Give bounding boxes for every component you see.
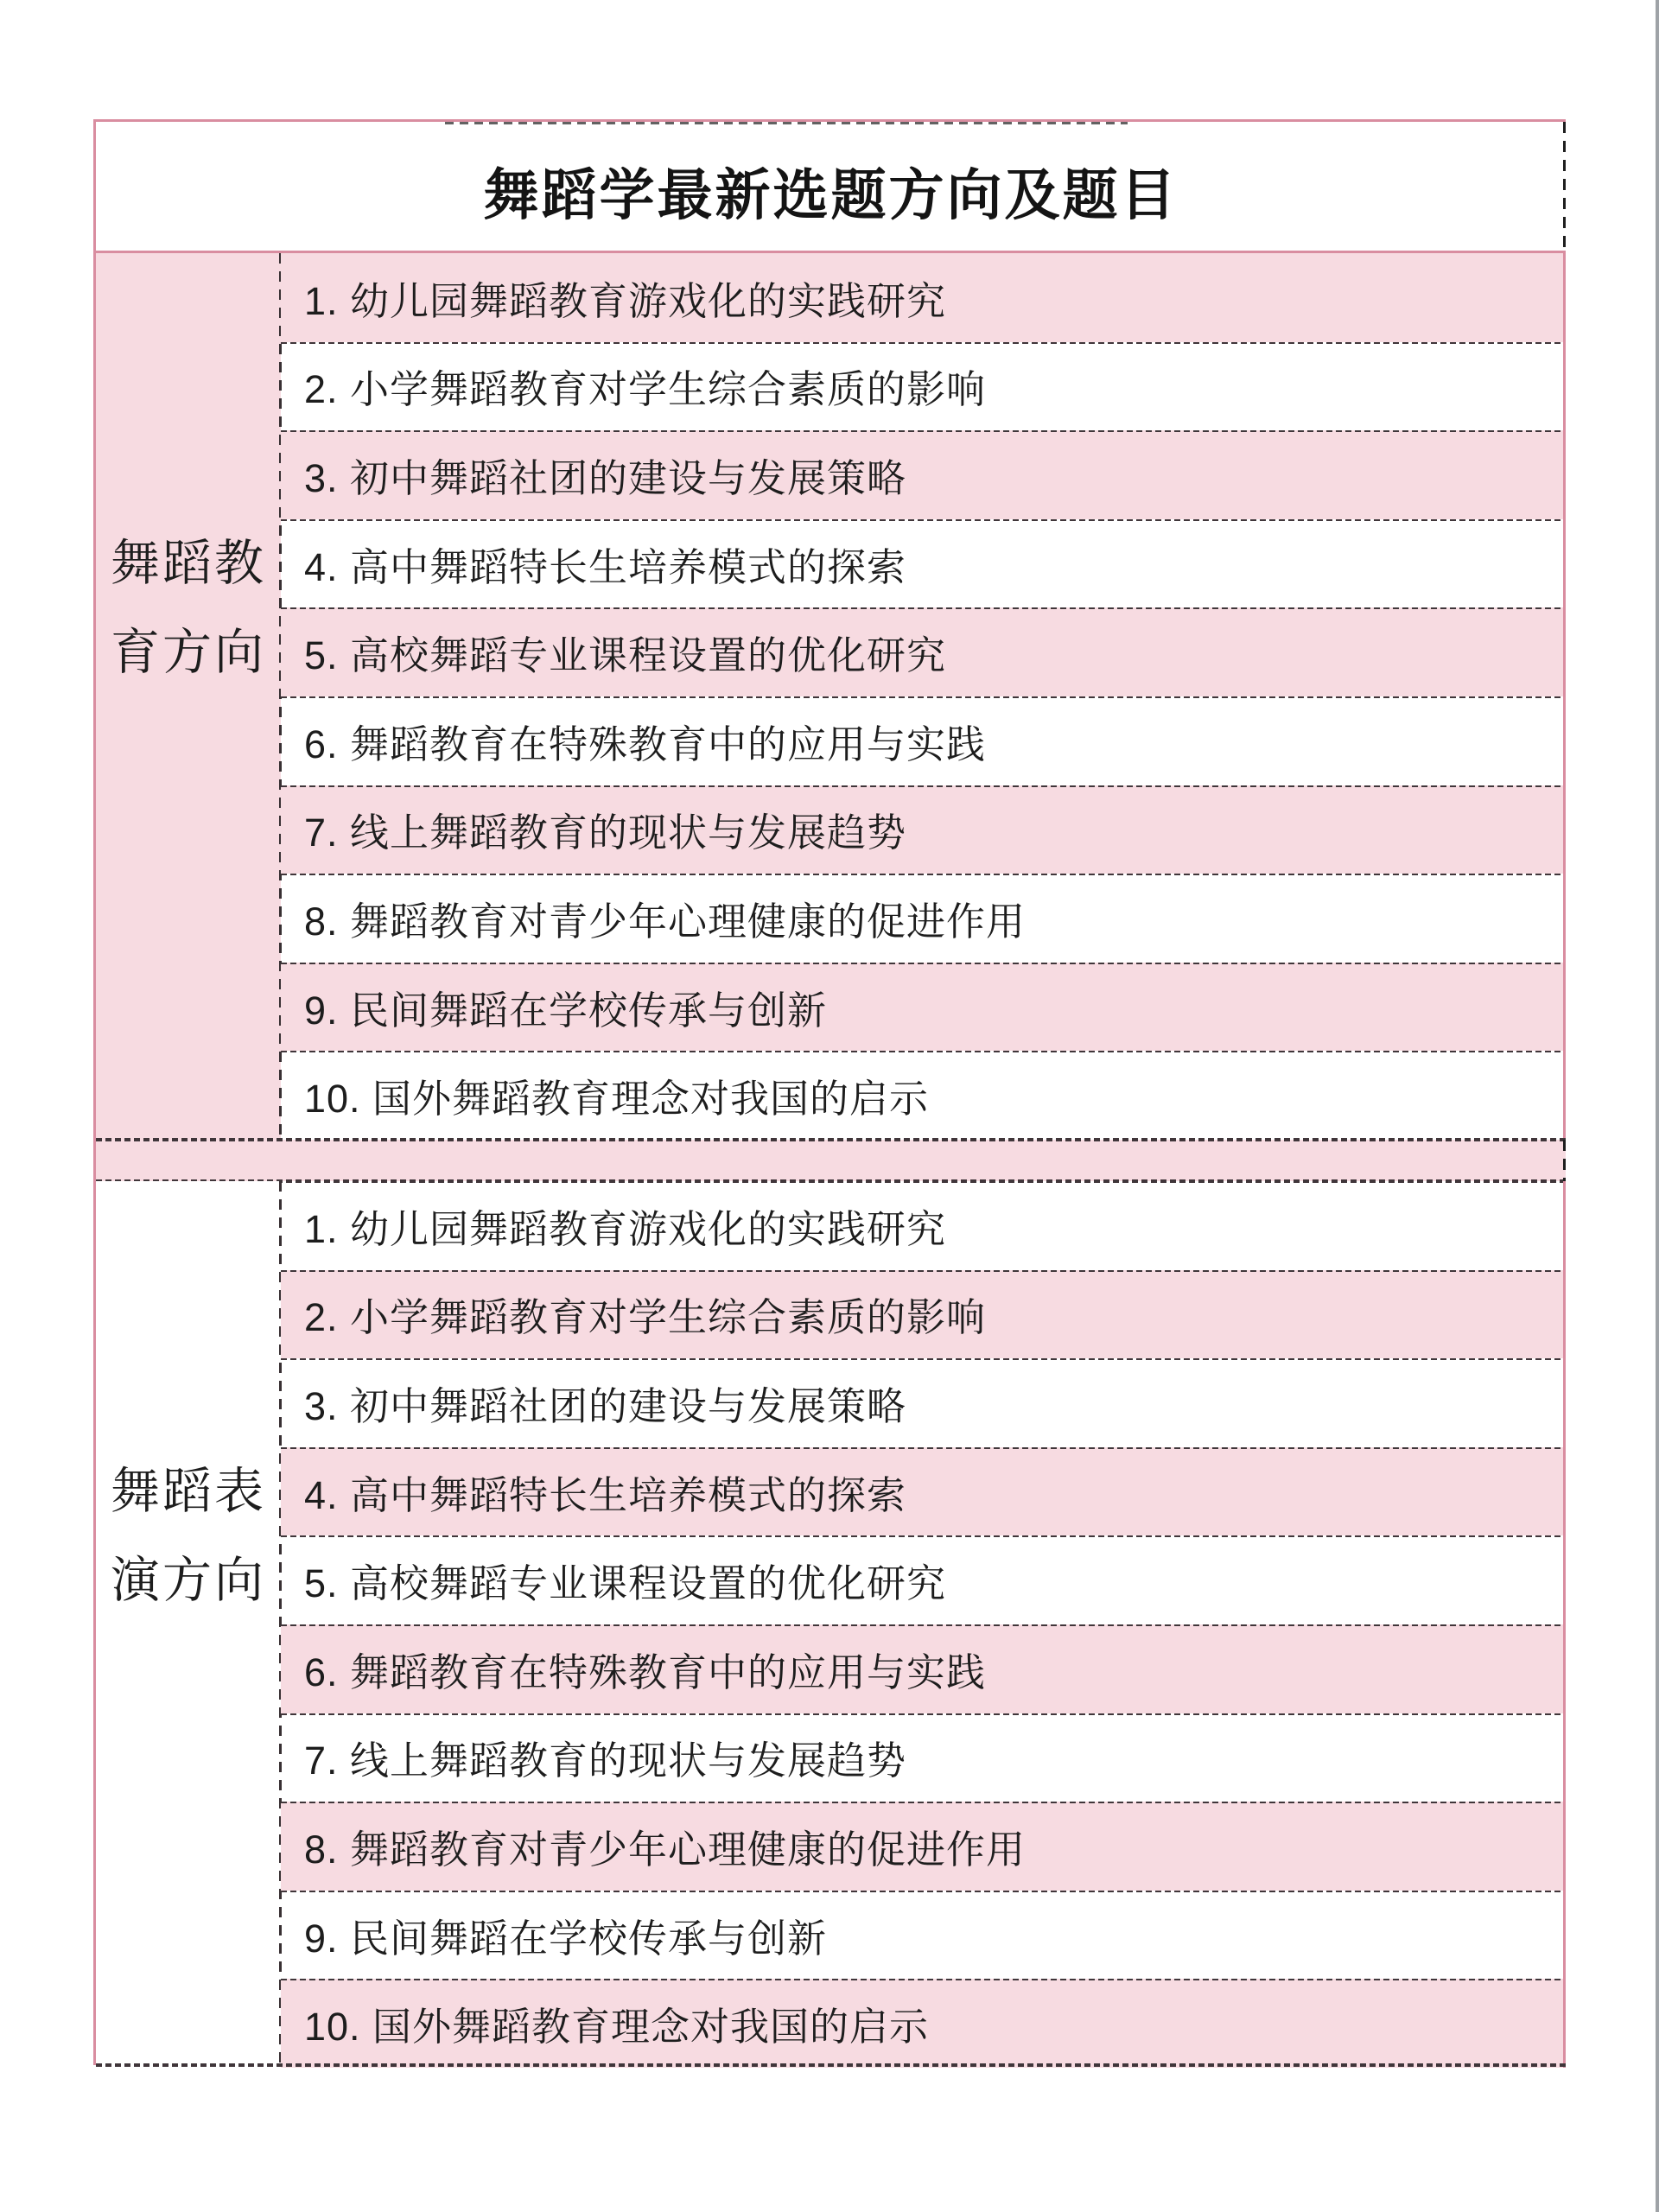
table-row: 2. 小学舞蹈教育对学生综合素质的影响 — [281, 342, 1563, 431]
table-title-cell: 舞蹈学最新选题方向及题目 — [96, 122, 1566, 253]
screen-right-edge-line — [1656, 0, 1659, 2212]
table-row: 8. 舞蹈教育对青少年心理健康的促进作用 — [281, 874, 1563, 963]
table-row: 9. 民间舞蹈在学校传承与创新 — [281, 963, 1563, 1052]
topic-text: 4. 高中舞蹈特长生培养模式的探索 — [304, 536, 906, 592]
table-bottom-dashed-border — [96, 2063, 1566, 2067]
topic-list: 1. 幼儿园舞蹈教育游戏化的实践研究 2. 小学舞蹈教育对学生综合素质的影响 3… — [281, 253, 1563, 1140]
topic-text: 9. 民间舞蹈在学校传承与创新 — [304, 1907, 827, 1963]
section-label-line1: 舞蹈表 — [96, 1447, 281, 1536]
page-title: 舞蹈学最新选题方向及题目 — [484, 143, 1179, 231]
topic-text: 8. 舞蹈教育对青少年心理健康的促进作用 — [304, 1818, 1026, 1874]
topics-table: 舞蹈学最新选题方向及题目 舞蹈教 育方向 1. 幼儿园舞蹈教育游戏化的实践研究 … — [93, 119, 1566, 2065]
topic-list: 1. 幼儿园舞蹈教育游戏化的实践研究 2. 小学舞蹈教育对学生综合素质的影响 3… — [281, 1181, 1563, 2068]
section-label-line2: 育方向 — [96, 608, 281, 697]
title-right-dashed-border — [1563, 122, 1566, 251]
topic-text: 9. 民间舞蹈在学校传承与创新 — [304, 979, 827, 1035]
title-top-dashed-border — [445, 122, 1128, 124]
divider-right-dashed-border — [1563, 1140, 1566, 1181]
page: 舞蹈学最新选题方向及题目 舞蹈教 育方向 1. 幼儿园舞蹈教育游戏化的实践研究 … — [0, 0, 1659, 2212]
row-header-dance-performance: 舞蹈表 演方向 — [96, 1181, 281, 2068]
topic-text: 7. 线上舞蹈教育的现状与发展趋势 — [304, 1729, 906, 1785]
section-divider-band — [96, 1140, 1566, 1181]
section-label-line1: 舞蹈教 — [96, 519, 281, 608]
section-label: 舞蹈表 演方向 — [96, 1447, 281, 1624]
topic-text: 5. 高校舞蹈专业课程设置的优化研究 — [304, 1552, 946, 1608]
table-row: 4. 高中舞蹈特长生培养模式的探索 — [281, 519, 1563, 608]
section-label: 舞蹈教 育方向 — [96, 519, 281, 696]
table-row: 3. 初中舞蹈社团的建设与发展策略 — [281, 1358, 1563, 1447]
table-row: 3. 初中舞蹈社团的建设与发展策略 — [281, 430, 1563, 519]
section-label-line2: 演方向 — [96, 1536, 281, 1625]
topic-text: 2. 小学舞蹈教育对学生综合素质的影响 — [304, 358, 986, 414]
section-dance-education: 舞蹈教 育方向 1. 幼儿园舞蹈教育游戏化的实践研究 2. 小学舞蹈教育对学生综… — [96, 253, 1566, 1140]
table-row: 10. 国外舞蹈教育理念对我国的启示 — [281, 1051, 1563, 1140]
section-dance-performance: 舞蹈表 演方向 1. 幼儿园舞蹈教育游戏化的实践研究 2. 小学舞蹈教育对学生综… — [96, 1181, 1566, 2068]
table-row: 7. 线上舞蹈教育的现状与发展趋势 — [281, 1713, 1563, 1802]
table-row: 9. 民间舞蹈在学校传承与创新 — [281, 1891, 1563, 1980]
topic-text: 3. 初中舞蹈社团的建设与发展策略 — [304, 447, 906, 503]
topic-text: 1. 幼儿园舞蹈教育游戏化的实践研究 — [304, 1198, 946, 1254]
table-row: 5. 高校舞蹈专业课程设置的优化研究 — [281, 607, 1563, 696]
table-row: 2. 小学舞蹈教育对学生综合素质的影响 — [281, 1270, 1563, 1359]
topic-text: 10. 国外舞蹈教育理念对我国的启示 — [304, 1995, 929, 2051]
topic-text: 7. 线上舞蹈教育的现状与发展趋势 — [304, 801, 906, 857]
topic-text: 1. 幼儿园舞蹈教育游戏化的实践研究 — [304, 270, 946, 326]
topic-text: 6. 舞蹈教育在特殊教育中的应用与实践 — [304, 713, 986, 769]
table-row: 6. 舞蹈教育在特殊教育中的应用与实践 — [281, 1624, 1563, 1713]
table-row: 8. 舞蹈教育对青少年心理健康的促进作用 — [281, 1802, 1563, 1891]
divider-dashed-line-top — [96, 1138, 1566, 1141]
row-header-dance-education: 舞蹈教 育方向 — [96, 253, 281, 1140]
table-row: 1. 幼儿园舞蹈教育游戏化的实践研究 — [281, 1181, 1563, 1270]
table-row: 7. 线上舞蹈教育的现状与发展趋势 — [281, 785, 1563, 874]
table-row: 10. 国外舞蹈教育理念对我国的启示 — [281, 1979, 1563, 2068]
topic-text: 5. 高校舞蹈专业课程设置的优化研究 — [304, 624, 946, 680]
topic-text: 4. 高中舞蹈特长生培养模式的探索 — [304, 1464, 906, 1520]
table-row: 5. 高校舞蹈专业课程设置的优化研究 — [281, 1535, 1563, 1624]
topic-text: 10. 国外舞蹈教育理念对我国的启示 — [304, 1067, 929, 1123]
table-row: 6. 舞蹈教育在特殊教育中的应用与实践 — [281, 696, 1563, 785]
table-row: 4. 高中舞蹈特长生培养模式的探索 — [281, 1447, 1563, 1536]
topic-text: 8. 舞蹈教育对青少年心理健康的促进作用 — [304, 890, 1026, 946]
table-row: 1. 幼儿园舞蹈教育游戏化的实践研究 — [281, 253, 1563, 342]
topic-text: 3. 初中舞蹈社团的建设与发展策略 — [304, 1375, 906, 1431]
topic-text: 6. 舞蹈教育在特殊教育中的应用与实践 — [304, 1641, 986, 1697]
topic-text: 2. 小学舞蹈教育对学生综合素质的影响 — [304, 1286, 986, 1342]
